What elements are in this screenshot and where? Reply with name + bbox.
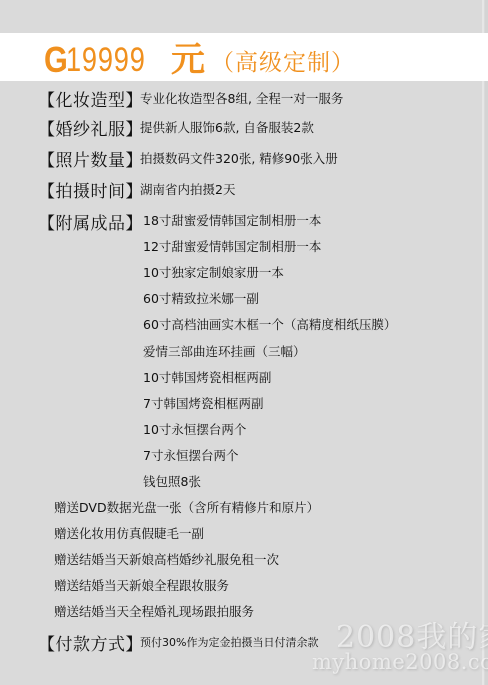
accessory-item: 10寸韩国烤瓷相框两副 (143, 368, 271, 388)
price-prefix: G (44, 40, 63, 80)
row-gowns: 【婚纱礼服】 提供新人服饰6款, 自备服装2款 (38, 116, 314, 138)
accessory-item: 18寸甜蜜爱情韩国定制相册一本 (143, 211, 321, 231)
accessory-item: 12寸甜蜜爱情韩国定制相册一本 (143, 237, 321, 257)
accessory-item: 爱情三部曲连环挂画（三幅） (143, 342, 306, 362)
row-value: 拍摄数码文件320张, 精修90张入册 (140, 149, 338, 167)
package-subtitle: （高级定制） (211, 46, 355, 80)
row-label: 【化妆造型】 (38, 86, 140, 111)
gift-item: 赠送结婚当天新娘高档婚纱礼服免租一次 (54, 550, 279, 570)
accessory-item: 10寸永恒摆台两个 (143, 420, 246, 440)
accessory-item: 7寸永恒摆台两个 (143, 446, 238, 466)
gift-item: 赠送化妆用仿真假睫毛一副 (54, 524, 204, 544)
row-photo-count: 【照片数量】 拍摄数码文件320张, 精修90张入册 (38, 147, 338, 169)
price-heading: G 19999 元 （高级定制） (44, 36, 355, 80)
accessory-item: 7寸韩国烤瓷相框两副 (143, 394, 263, 414)
row-value: 预付30%作为定金拍摄当日付清余款 (140, 634, 318, 650)
row-value: 湖南省内拍摄2天 (140, 180, 235, 198)
row-value: 提供新人服饰6款, 自备服装2款 (140, 118, 314, 136)
accessory-item: 60寸高档油画实木框一个（高精度相纸压膜） (143, 315, 396, 335)
row-shoot-time: 【拍摄时间】 湖南省内拍摄2天 (38, 178, 235, 200)
gift-item: 赠送结婚当天全程婚礼现场跟拍服务 (54, 602, 254, 622)
row-makeup: 【化妆造型】 专业化妆造型各8组, 全程一对一服务 (38, 87, 343, 109)
row-label: 【拍摄时间】 (38, 177, 140, 202)
price-number: 19999 (66, 40, 150, 80)
row-label: 【照片数量】 (38, 146, 140, 171)
row-label: 【婚纱礼服】 (38, 115, 140, 140)
row-label: 【付款方式】 (38, 630, 140, 655)
gift-item: 赠送DVD数据光盘一张（含所有精修片和原片） (54, 498, 319, 518)
accessory-item: 10寸独家定制娘家册一本 (143, 263, 284, 283)
watermark-url: myhome2008.com (312, 650, 488, 674)
price-unit: 元 (171, 40, 205, 80)
row-value: 专业化妆造型各8组, 全程一对一服务 (140, 89, 343, 107)
row-accessories: 【附属成品】 (38, 210, 140, 232)
gift-item: 赠送结婚当天新娘全程跟妆服务 (54, 576, 229, 596)
accessory-item: 60寸精致拉米娜一副 (143, 289, 259, 309)
row-label: 【附属成品】 (38, 209, 140, 234)
edge-stripe (482, 0, 484, 685)
row-payment: 【付款方式】 预付30%作为定金拍摄当日付清余款 (38, 631, 318, 653)
accessory-item: 钱包照8张 (143, 472, 201, 492)
watermark: 2008我的家 myhome2008.com (300, 612, 480, 682)
